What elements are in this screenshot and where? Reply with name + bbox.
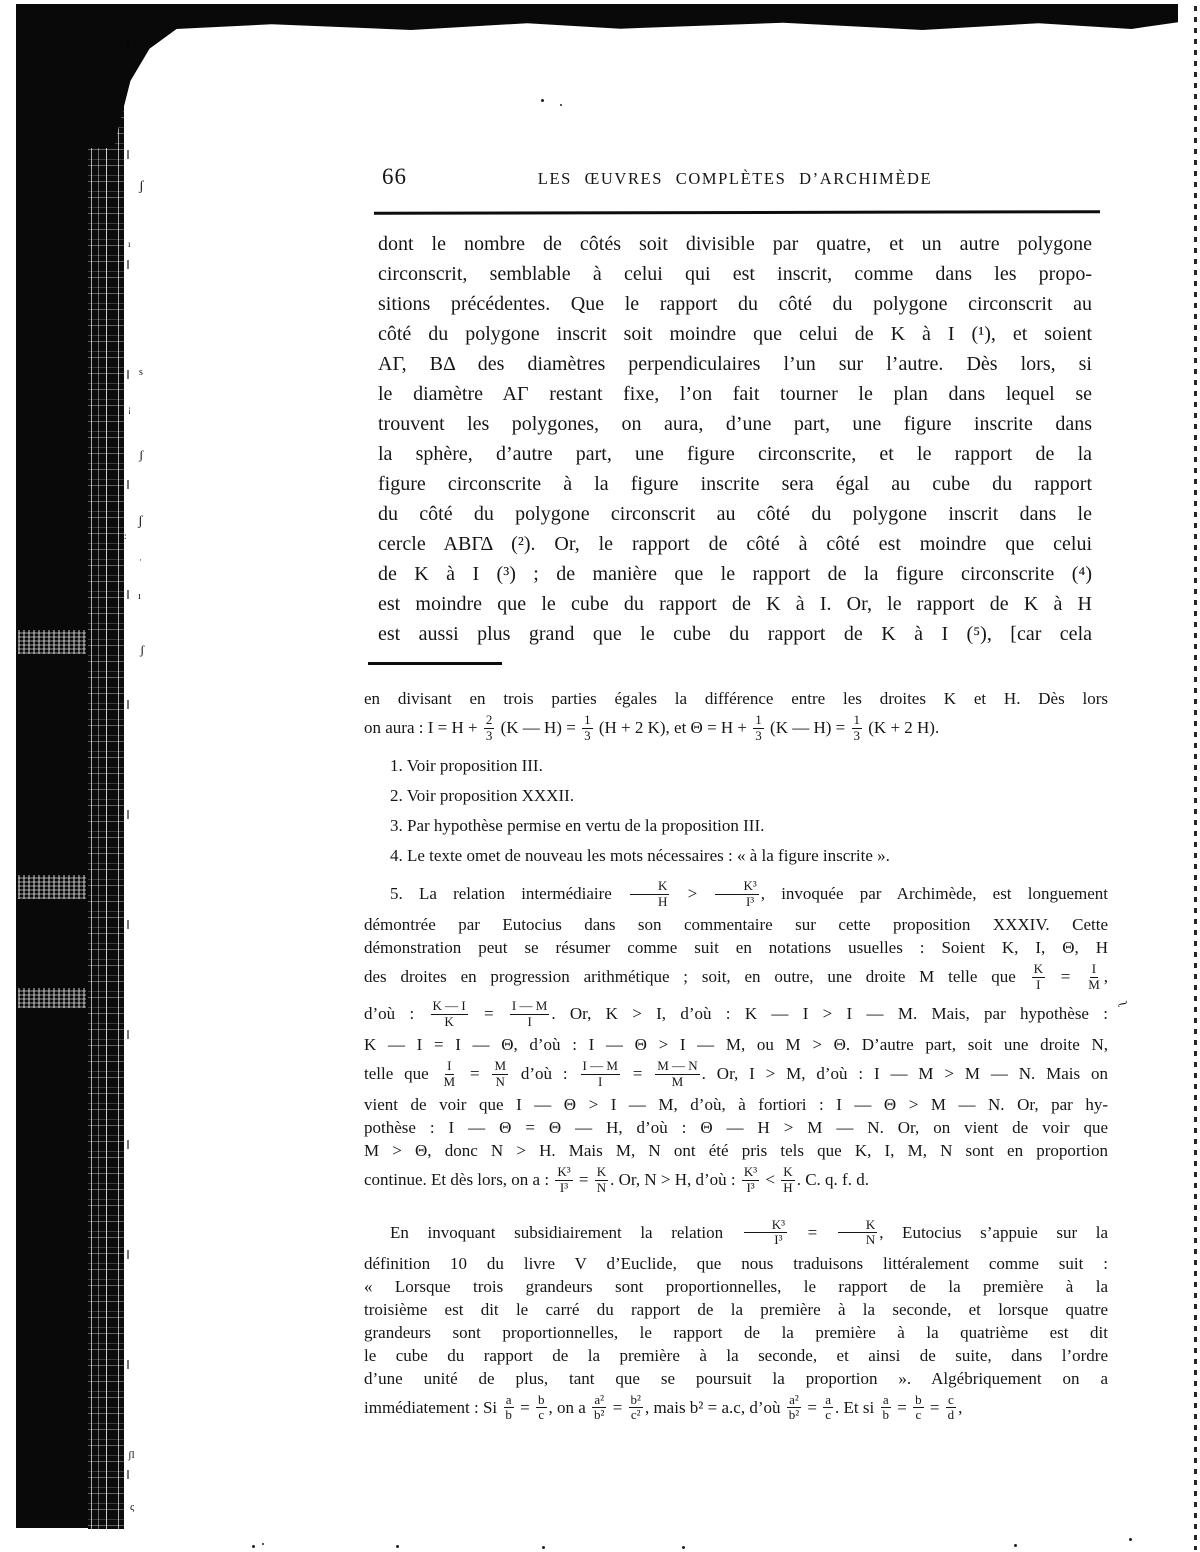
scan-gutter-band [16, 4, 88, 1528]
body-line: AΓ, BΔ des diamètres perpendiculaires l’… [378, 349, 1092, 379]
scan-speck [252, 1545, 255, 1548]
scan-spine-texture [88, 24, 124, 1529]
scan-top-edge-bar [16, 4, 1178, 30]
scan-speck: : [124, 532, 127, 541]
body-line: circonscrit, semblable à celui qui est i… [378, 259, 1092, 289]
footnotes-block: en divisant en trois parties égales la d… [364, 687, 1108, 1427]
body-line: sitions précédentes. Que le rapport du c… [378, 289, 1092, 319]
scanned-book-page: ʃ ı s ¡ ʃ ʃ : · ı ʃ ʃl ς ʅ 66 LES ŒUVRES… [0, 0, 1200, 1552]
fraction: ab [880, 1393, 891, 1423]
fraction: 13 [852, 713, 863, 743]
scan-speck: ʃ [138, 515, 143, 529]
fraction: M — NM [655, 1059, 699, 1089]
footnote-item-5-line: telle que IM = MN d’où : I — MI = M — NM… [364, 1056, 1108, 1093]
body-line: du côté du polygone circonscrit au côté … [378, 499, 1092, 529]
fraction: IM [1086, 962, 1102, 992]
scan-speck: ʃ [140, 643, 144, 656]
header-rule [374, 210, 1100, 215]
fraction: ac [823, 1393, 833, 1423]
fraction: KH [630, 879, 669, 909]
footnote-item-5-line: M > Θ, donc N > H. Mais M, N ont été pri… [364, 1139, 1108, 1162]
fraction: K³I³ [715, 879, 758, 909]
footnote-item-5-line: K — I = I — Θ, d’où : I — Θ > I — M, ou … [364, 1033, 1108, 1056]
scan-speck [560, 104, 562, 106]
footnote-closing-line: « Lorsque trois grandeurs sont proportio… [364, 1275, 1108, 1298]
main-text-block: dont le nombre de côtés soit divisible p… [378, 229, 1092, 649]
body-line: est moindre que le cube du rapport de K … [378, 589, 1092, 619]
scan-mottle-streak [18, 875, 86, 899]
fraction: bc [913, 1393, 924, 1423]
running-title: LES ŒUVRES COMPLÈTES D’ARCHIMÈDE [378, 169, 1092, 189]
fraction: ab [503, 1393, 514, 1423]
fraction: 23 [484, 713, 495, 743]
footnote-item-2: 2. Voir proposition XXXII. [364, 784, 1108, 807]
fraction: a²b² [787, 1393, 801, 1423]
fraction: K³I³ [555, 1165, 572, 1195]
scan-speck: s [139, 368, 143, 378]
fraction: MN [492, 1059, 508, 1089]
footnote-closing-line: grandeurs sont proportionnelles, le rapp… [364, 1321, 1108, 1344]
scan-speck [541, 99, 544, 102]
body-line: de K à I (³) ; de manière que le rapport… [378, 559, 1092, 589]
fraction: 13 [582, 713, 593, 743]
scan-speck [682, 1546, 685, 1549]
scan-speck [542, 1546, 545, 1549]
scan-speck: ı [138, 592, 141, 602]
footnote-item-5-line: des droites en progression arithmétique … [364, 959, 1108, 996]
footnote-item-5-line: vient de voir que I — Θ > I — M, d’où, à… [364, 1093, 1108, 1116]
scan-mottle-streak [18, 988, 86, 1008]
body-line: le diamètre AΓ restant fixe, l’on fait t… [378, 379, 1092, 409]
footnote-item-3: 3. Par hypothèse permise en vertu de la … [364, 814, 1108, 837]
footnote-item-5-line: 5. La relation intermédiaire KH > K³I³, … [364, 876, 1108, 913]
scan-speck [396, 1545, 399, 1548]
body-line: est aussi plus grand que le cube du rapp… [378, 619, 1092, 649]
scan-speck: ʃ [139, 448, 143, 461]
footnote-item-5-line: démonstration peut se résumer comme suit… [364, 936, 1108, 959]
fraction: bc [536, 1393, 547, 1423]
footnote-closing-line: immédiatement : Si ab = bc, on a a²b² = … [364, 1390, 1108, 1427]
footnote-item-5-line: démontrée par Eutocius dans son commenta… [364, 913, 1108, 936]
scan-speck: ς [130, 1502, 134, 1513]
fraction: a²b² [592, 1393, 606, 1423]
fraction: IM [442, 1059, 458, 1089]
footnote-line: on aura : I = H + 23 (K — H) = 13 (H + 2… [364, 710, 1108, 747]
scan-speck: ¡ [128, 405, 131, 414]
footnote-closing-line: le cube du rapport de la première à la s… [364, 1344, 1108, 1367]
footnote-closing-line: En invoquant subsidiairement la relation… [364, 1215, 1108, 1252]
scan-corner-wedge [88, 24, 194, 148]
footnote-closing-line: troisième est dit le carré du rapport de… [364, 1298, 1108, 1321]
scan-right-edge-dashes [1194, 6, 1197, 1550]
footnote-closing-line: définition 10 du livre V d’Euclide, que … [364, 1252, 1108, 1275]
fraction: b²c² [629, 1393, 643, 1423]
footnote-item-4: 4. Le texte omet de nouveau les mots néc… [364, 844, 1108, 867]
scan-speck [1014, 1544, 1017, 1547]
fraction: K³I³ [742, 1165, 759, 1195]
footnote-line: en divisant en trois parties égales la d… [364, 687, 1108, 710]
scan-speck: ʃ [139, 180, 144, 194]
scan-speck [262, 1543, 264, 1545]
body-line: trouvent les polygones, on aura, d’une p… [378, 409, 1092, 439]
fraction: KN [595, 1165, 608, 1195]
body-line: figure circonscrite à la figure inscrite… [378, 469, 1092, 499]
scan-page-edge-ticks [127, 40, 129, 1480]
body-line: la sphère, d’autre part, une figure circ… [378, 439, 1092, 469]
fraction: K³I³ [744, 1218, 787, 1248]
footnote-item-5-line: d’où : K — IK = I — MI. Or, K > I, d’où … [364, 996, 1108, 1033]
body-line: côté du polygone inscrit soit moindre qu… [378, 319, 1092, 349]
fraction: KI [1032, 962, 1045, 992]
footnote-closing-line: d’une unité de plus, tant que se poursui… [364, 1367, 1108, 1390]
footnote-item-5-line: continue. Et dès lors, on a : K³I³ = KN.… [364, 1162, 1108, 1199]
scan-speck [1129, 1538, 1132, 1541]
fraction: KN [838, 1218, 877, 1248]
scan-speck: ı [128, 240, 131, 249]
fraction: 13 [753, 713, 764, 743]
body-line: cercle ABΓΔ (²). Or, le rapport de côté … [378, 529, 1092, 559]
footnote-item-5-line: pothèse : I — Θ = Θ — H, d’où : Θ — H > … [364, 1116, 1108, 1139]
fraction: KH [781, 1165, 794, 1195]
scan-speck: · [139, 556, 142, 565]
fraction: I — MI [581, 1059, 620, 1089]
scan-mottle-streak [18, 630, 86, 654]
fraction: K — IK [431, 999, 468, 1029]
footnote-item-1: 1. Voir proposition III. [364, 754, 1108, 777]
scan-speck: ʃl [128, 1450, 135, 1461]
footnote-separator-rule [368, 662, 502, 665]
body-line: dont le nombre de côtés soit divisible p… [378, 229, 1092, 259]
scan-speck: ʅ [1116, 1001, 1130, 1009]
fraction: I — MI [510, 999, 549, 1029]
fraction: cd [946, 1393, 957, 1423]
